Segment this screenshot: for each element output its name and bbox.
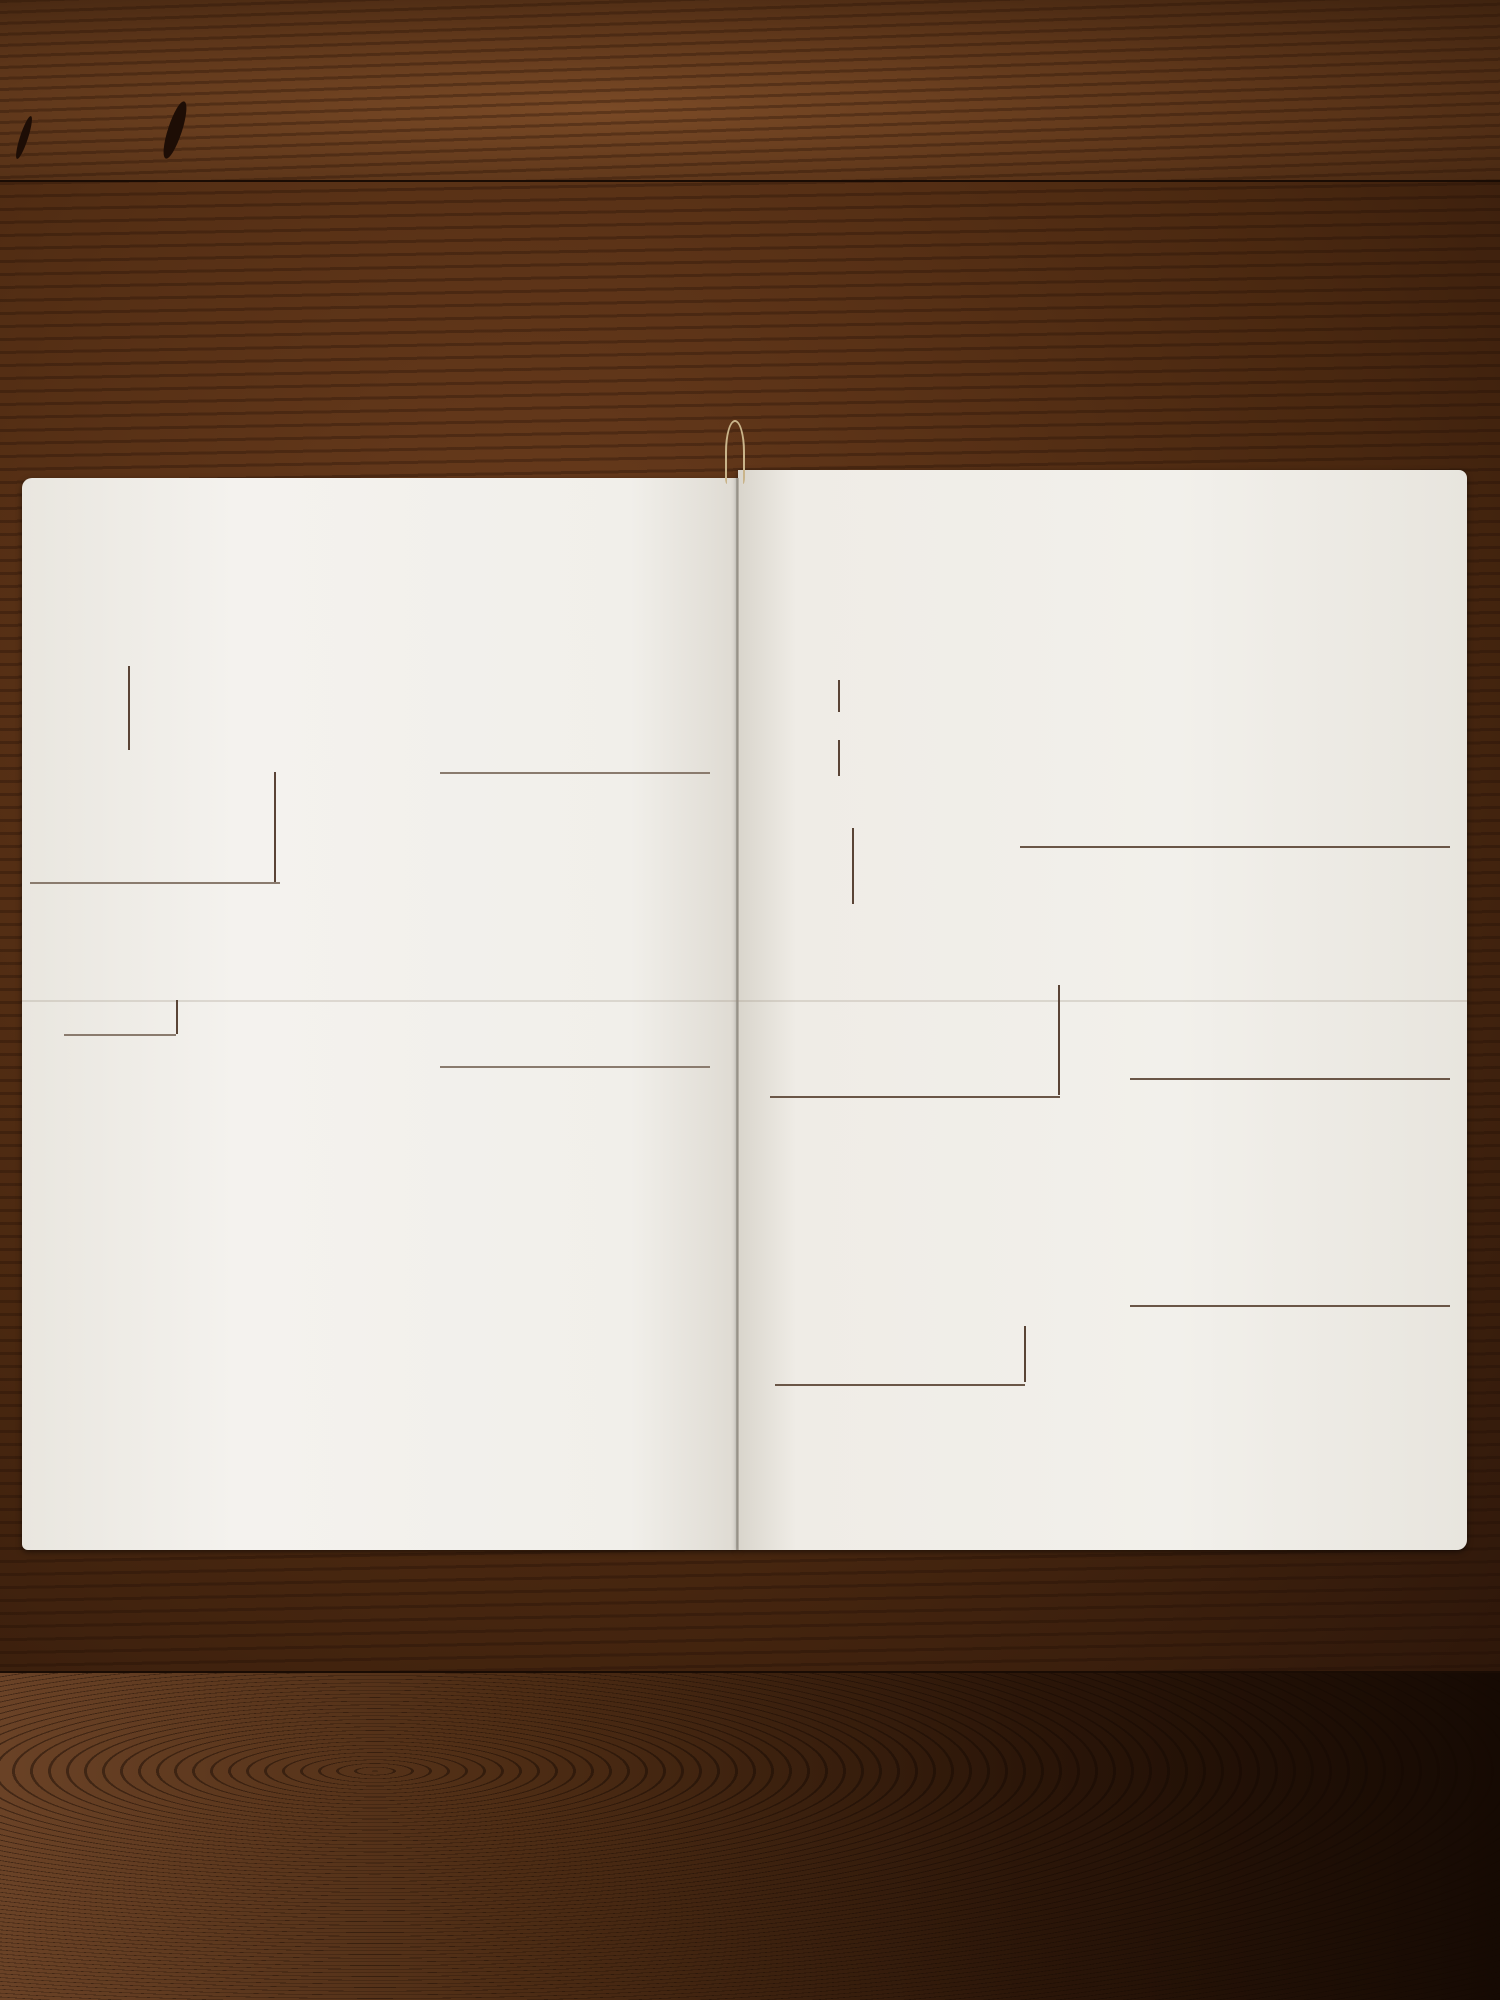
binding-string (725, 420, 745, 484)
margin-bracket (176, 1000, 178, 1034)
margin-bracket (838, 680, 840, 712)
wood-board-bottom (0, 1673, 1500, 2000)
separator-rule (440, 772, 710, 774)
paper-fold-crease (22, 1000, 1467, 1002)
separator-rule (1020, 846, 1450, 848)
margin-rule (770, 1096, 1060, 1098)
margin-bracket (838, 740, 840, 776)
margin-bracket (1058, 985, 1060, 1095)
separator-rule (1130, 1305, 1450, 1307)
page-spine-gutter (736, 478, 739, 1550)
separator-rule (440, 1066, 710, 1068)
margin-bracket (852, 828, 854, 904)
margin-rule (30, 882, 280, 884)
margin-bracket (1024, 1326, 1026, 1382)
left-page (22, 478, 738, 1550)
margin-rule (775, 1384, 1025, 1386)
margin-rule (64, 1034, 176, 1036)
separator-rule (1130, 1078, 1450, 1080)
wood-board-top (0, 0, 1500, 182)
margin-bracket (128, 666, 130, 750)
margin-bracket (274, 772, 276, 884)
right-page (738, 470, 1467, 1550)
